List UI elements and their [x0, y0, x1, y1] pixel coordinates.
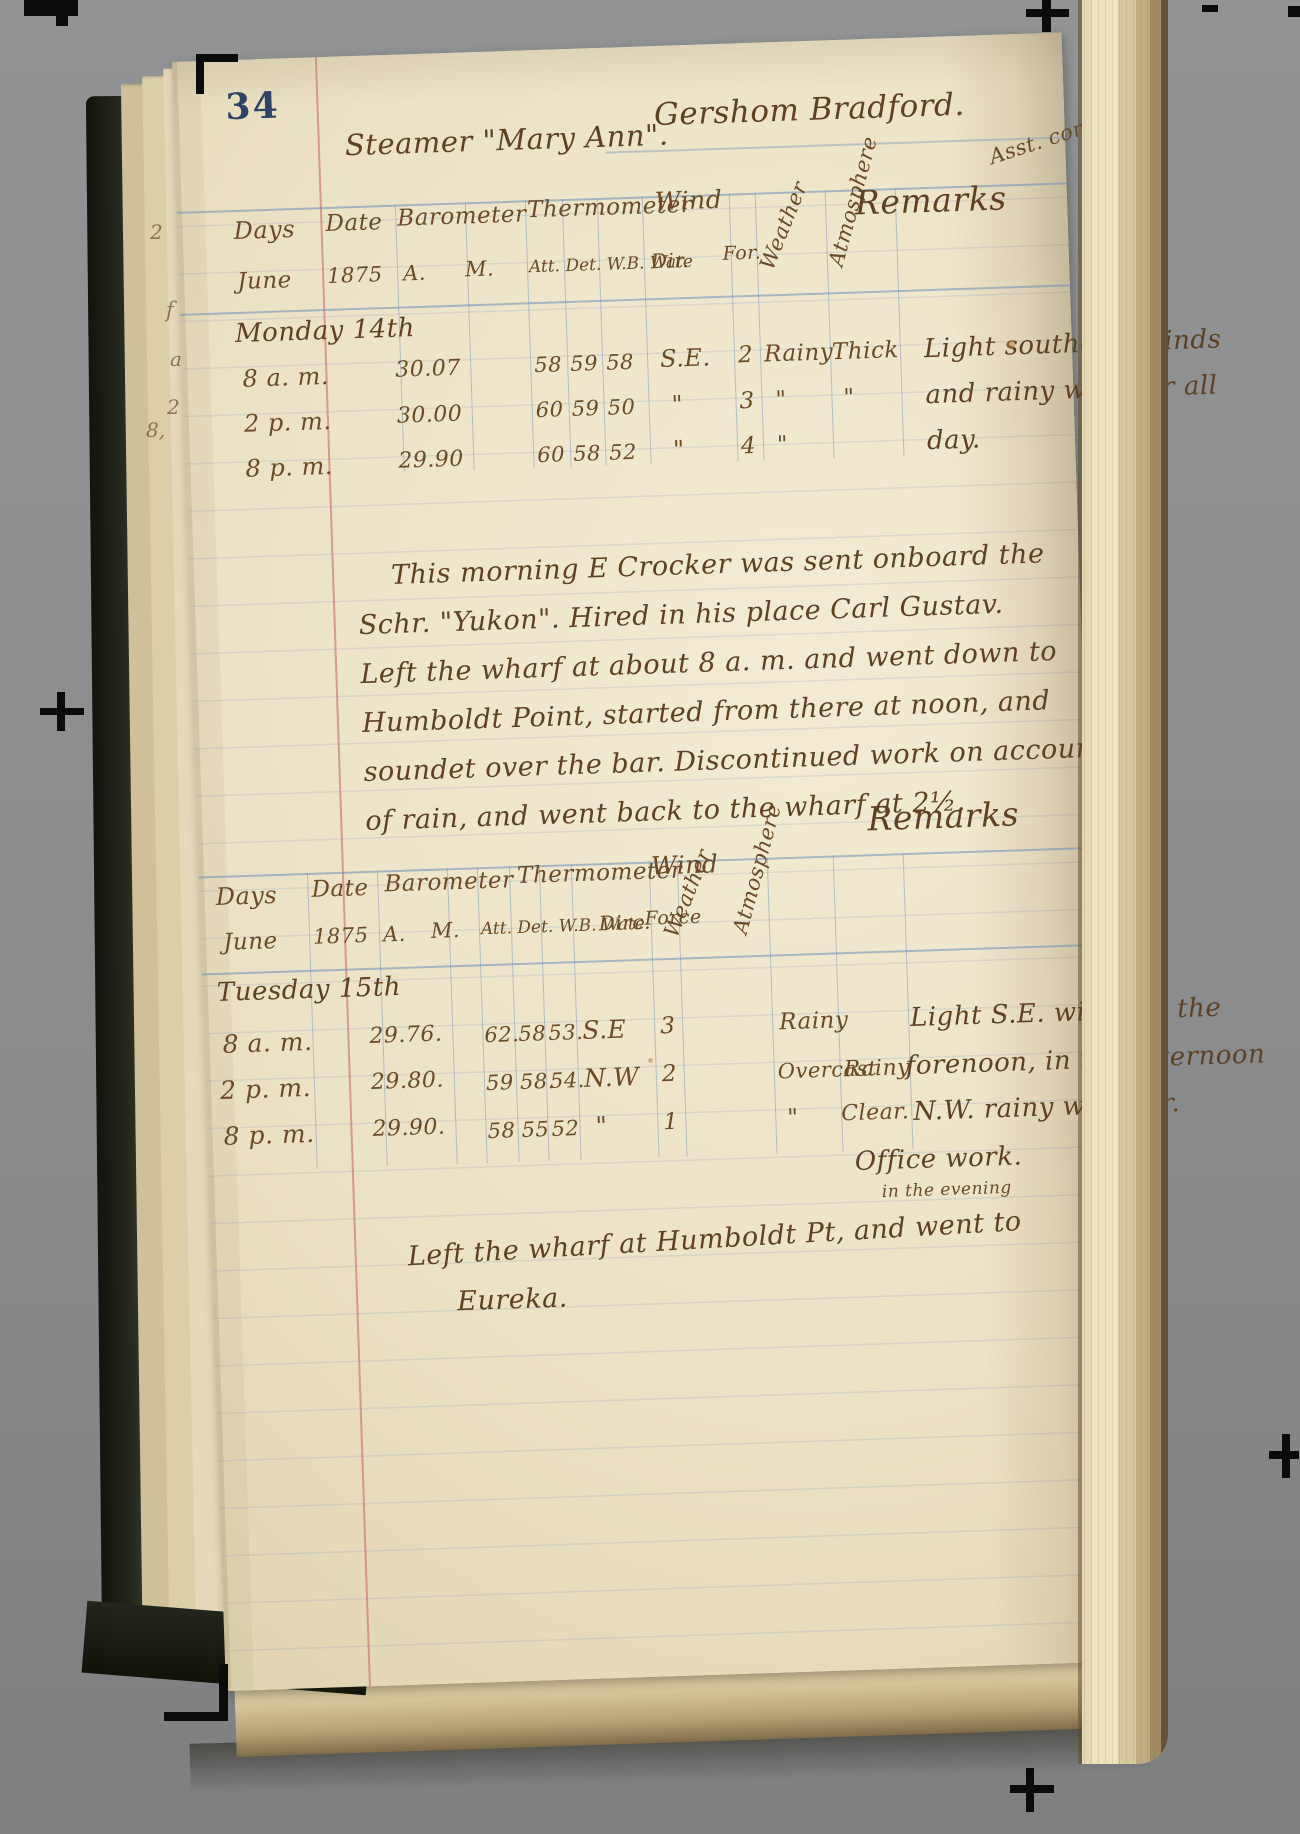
- registration-mark: [1202, 5, 1218, 12]
- t2-row-ther3: 54.: [550, 1069, 586, 1093]
- t1-row-wind-dir: ": [671, 391, 683, 418]
- registration-mark: [1010, 1785, 1054, 1793]
- t1-row-barometer: 30.07: [395, 357, 461, 383]
- t2-header-remarks: Remarks: [867, 796, 1020, 837]
- t2-header-days: Days: [215, 882, 277, 910]
- t1-row-ther1: 60: [535, 398, 563, 422]
- logbook-page: 34 Steamer "Mary Ann". Gershom Bradford.…: [172, 32, 1116, 1691]
- t2-row-wind-force: 2: [661, 1062, 677, 1088]
- t2-row-ther1: 58: [487, 1119, 515, 1143]
- t1-row-atmosphere: ": [843, 386, 855, 412]
- t2-row-wind-dir: N.W: [583, 1063, 639, 1092]
- t2-row-barometer: 29.80.: [371, 1069, 445, 1096]
- t2-row-weather: Rainy: [779, 1008, 849, 1036]
- t1-row-remark: day.: [927, 425, 982, 455]
- underpage-writing-fragment: f: [166, 298, 174, 322]
- underpage-writing-fragment: 2: [167, 395, 180, 419]
- t2-row-weather: ": [787, 1106, 799, 1132]
- t2-row-ther3: 53.: [548, 1021, 584, 1045]
- t2-row-wind-dir: ": [595, 1112, 608, 1140]
- t2-row-barometer: 29.76.: [369, 1023, 443, 1050]
- t1-row-atmosphere: Thick: [832, 338, 900, 365]
- t1-header-remarks: Remarks: [854, 180, 1007, 221]
- registration-mark: [1288, 6, 1300, 17]
- t1-row-ther1: 60: [537, 443, 565, 467]
- t1-row-time: 2 p. m.: [244, 408, 332, 437]
- t2-day-label: Tuesday 15th: [216, 973, 401, 1008]
- t1-sub-wind-dir: Dir.: [651, 249, 690, 272]
- t1-row-ther2: 58: [573, 442, 601, 466]
- underpage-writing-fragment: 2: [150, 220, 163, 244]
- t2-row-ther1: 59: [486, 1071, 514, 1095]
- t2-row-wind-force: 1: [663, 1110, 679, 1136]
- t1-row-weather: ": [777, 433, 789, 459]
- underpage-writing-fragment: a: [170, 347, 182, 371]
- t2-sub-bar-a: A.: [383, 923, 407, 947]
- footer-line: Eureka.: [457, 1284, 568, 1317]
- t1-row-time: 8 a. m.: [242, 363, 329, 392]
- office-work-note: Office work.: [854, 1142, 1022, 1176]
- t2-row-time: 8 a. m.: [222, 1028, 313, 1058]
- t2-row-ther1: 62.: [484, 1023, 520, 1047]
- registration-mark: [57, 692, 65, 731]
- t2-row-ther2: 58: [518, 1022, 546, 1046]
- paper-stain: [648, 1058, 653, 1063]
- t2-row-time: 8 p. m.: [223, 1120, 315, 1150]
- t1-sub-month: June: [237, 268, 292, 295]
- office-work-insert: in the evening: [882, 1179, 1013, 1202]
- t2-sub-bar-m: M.: [431, 919, 461, 943]
- t1-sub-bar-a: A.: [403, 262, 427, 286]
- t1-header-days: Days: [233, 216, 295, 244]
- t1-row-ther2: 59: [571, 397, 599, 421]
- t1-row-ther2: 59: [570, 352, 598, 376]
- registration-mark: [1269, 1451, 1299, 1459]
- t1-row-wind-dir: S.E.: [660, 344, 711, 372]
- t1-row-barometer: 29.90: [398, 448, 464, 474]
- registration-mark: [24, 0, 78, 16]
- t2-row-wind-dir: S.E: [582, 1015, 627, 1044]
- vessel-title: Steamer "Mary Ann".: [344, 120, 669, 163]
- t2-sub-wind-dir: Dirc.: [598, 911, 651, 935]
- t1-day-label: Monday 14th: [235, 314, 416, 349]
- t1-sub-wind-force: For.: [722, 243, 761, 265]
- paper-stain: [1006, 340, 1015, 349]
- t2-row-ther2: 55: [521, 1118, 549, 1142]
- t1-row-wind-dir: ": [673, 436, 685, 463]
- t2-sub-year: 1875: [313, 924, 369, 949]
- registration-mark: [196, 54, 204, 94]
- t2-row-ther3: 52: [551, 1117, 579, 1141]
- t2-sub-wind-force: Force: [644, 907, 702, 930]
- t1-header-barometer: Barometer: [397, 202, 527, 232]
- registration-mark: [219, 1664, 228, 1721]
- t2-row-atmosphere: Rainy: [843, 1056, 910, 1082]
- registration-mark: [56, 12, 68, 26]
- t1-row-wind-force: 4: [741, 434, 757, 460]
- registration-mark: [1026, 9, 1069, 17]
- t2-row-wind-force: 3: [660, 1014, 676, 1040]
- t1-row-weather: Rainy: [764, 340, 834, 368]
- t1-row-ther3: 58: [606, 351, 634, 375]
- t1-sub-year: 1875: [327, 263, 383, 288]
- t2-sub-month: June: [223, 929, 278, 956]
- t1-row-wind-force: 3: [739, 389, 755, 415]
- t1-row-wind-force: 2: [738, 343, 754, 369]
- underpage-writing-fragment: 8,: [146, 418, 165, 442]
- t2-header-barometer: Barometer: [384, 868, 514, 898]
- t2-header-date: Date: [311, 876, 369, 903]
- t1-row-barometer: 30.00: [396, 403, 462, 429]
- t1-header-wind: Wind: [654, 186, 722, 216]
- t1-sub-bar-m: M.: [465, 257, 495, 281]
- t2-row-barometer: 29.90.: [372, 1116, 446, 1143]
- officer-name: Gershom Bradford.: [653, 88, 965, 132]
- book-fore-edge: [1078, 0, 1168, 1764]
- t1-row-time: 8 p. m.: [245, 453, 333, 482]
- t1-row-ther1: 58: [534, 353, 562, 377]
- page-number: 34: [225, 84, 280, 128]
- t2-row-atmosphere: Clear.: [841, 1100, 910, 1126]
- t2-row-time: 2 p. m.: [220, 1074, 312, 1104]
- t1-row-ther3: 52: [609, 441, 637, 465]
- t1-row-ther3: 50: [607, 396, 635, 420]
- t1-row-weather: ": [775, 388, 787, 414]
- t1-header-date: Date: [325, 210, 383, 237]
- photograph-of-logbook: { "meta": { "description": "Photograph o…: [0, 0, 1300, 1834]
